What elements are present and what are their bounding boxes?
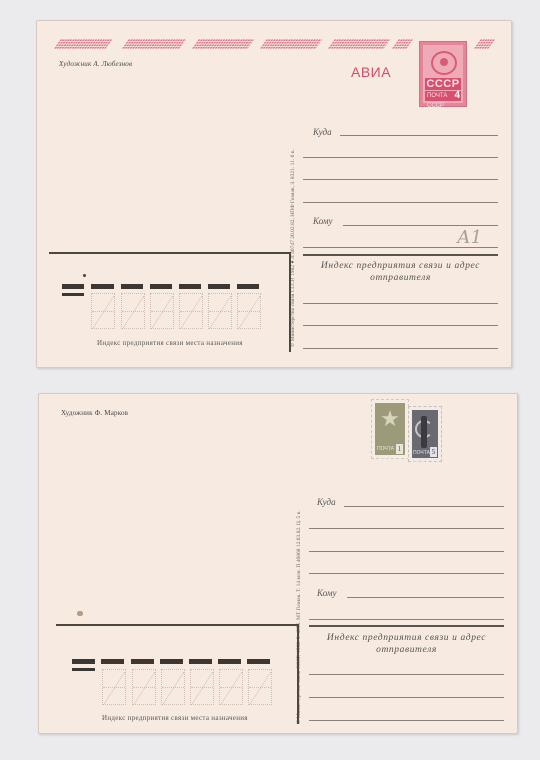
address-line <box>303 157 498 158</box>
zip-digit-box <box>121 293 145 329</box>
postage-stamp-5k: ПОЧТА СССР 5 <box>408 406 442 462</box>
sender-line <box>303 303 498 304</box>
zip-digit-box <box>208 293 232 329</box>
zip-frame-right <box>297 624 299 724</box>
address-line <box>309 551 504 552</box>
zip-digit-box <box>179 293 203 329</box>
zip-bar <box>160 659 183 664</box>
airmail-label: АВИА <box>351 64 391 80</box>
to-label: Куда <box>317 497 336 507</box>
sender-caption: Индекс предприятия связи и адрес отправи… <box>309 632 504 656</box>
sender-divider <box>309 625 504 627</box>
artist-credit: Художник Ф. Марков <box>61 409 128 417</box>
address-line <box>309 619 504 620</box>
dot-mark <box>83 274 86 277</box>
zip-bar <box>218 659 241 664</box>
sender-caption: Индекс предприятия связи и адрес отправи… <box>303 260 498 284</box>
zip-bar <box>179 284 201 289</box>
zip-bar <box>62 284 84 289</box>
zip-bar <box>121 284 143 289</box>
sender-line <box>303 325 498 326</box>
stain-mark <box>77 611 83 616</box>
zip-bar <box>189 659 212 664</box>
address-line <box>343 225 498 226</box>
zip-bar <box>131 659 154 664</box>
address-line <box>347 597 504 598</box>
address-line <box>340 135 498 136</box>
stamp-value: 5 <box>430 447 437 457</box>
zip-digit-box <box>91 293 115 329</box>
address-line <box>309 528 504 529</box>
zip-bar <box>72 659 95 664</box>
zip-caption: Индекс предприятия связи места назначени… <box>97 339 243 347</box>
stamp-value: 4 <box>454 90 460 101</box>
zip-digit-box <box>248 669 272 705</box>
state-emblem-icon <box>431 51 457 75</box>
sender-line <box>309 697 504 698</box>
postage-stamp-printed: СССР ПОЧТА СССР 4 <box>419 41 467 107</box>
whom-label: Кому <box>317 588 337 598</box>
zip-bar <box>237 284 259 289</box>
sender-line <box>309 720 504 721</box>
zip-digit-box <box>219 669 243 705</box>
zip-bar <box>150 284 172 289</box>
address-line <box>344 506 504 507</box>
sender-line <box>303 348 498 349</box>
stamp-country: СССР <box>425 78 461 90</box>
monument-figure-icon <box>421 416 427 448</box>
zip-bar <box>247 659 270 664</box>
sender-divider <box>303 254 498 256</box>
zip-digit-box <box>237 293 261 329</box>
zip-bar <box>91 284 114 289</box>
artist-credit: Художник А. Любезнов <box>59 60 132 68</box>
to-label: Куда <box>313 127 332 137</box>
zip-frame-right <box>289 252 291 352</box>
zip-frame-top <box>56 624 299 626</box>
sender-line <box>309 674 504 675</box>
zip-bar <box>101 659 124 664</box>
zip-digit-box <box>161 669 185 705</box>
postcard-standard: Художник Ф. Марков ★ ПОЧТА СССР 1 ПОЧТА … <box>38 393 518 734</box>
zip-bar <box>72 668 95 671</box>
zip-digit-box <box>102 669 126 705</box>
zip-digit-box <box>150 293 174 329</box>
order-star-icon: ★ <box>380 409 400 429</box>
zip-bar <box>208 284 230 289</box>
zip-frame-top <box>49 252 291 254</box>
stamp-value: 1 <box>396 444 403 454</box>
zip-caption: Индекс предприятия связи места назначени… <box>102 714 248 722</box>
postage-stamp-1k: ★ ПОЧТА СССР 1 <box>371 399 409 459</box>
address-line <box>303 179 498 180</box>
whom-label: Кому <box>313 216 333 226</box>
address-line <box>309 573 504 574</box>
postcard-airmail: Художник А. Любезнов АВИА СССР ПОЧТА ССС… <box>36 20 512 368</box>
zip-digit-box <box>132 669 156 705</box>
pencil-mark: А1 <box>457 227 482 248</box>
zip-digit-box <box>190 669 214 705</box>
zip-bar <box>62 293 84 296</box>
address-line <box>303 202 498 203</box>
